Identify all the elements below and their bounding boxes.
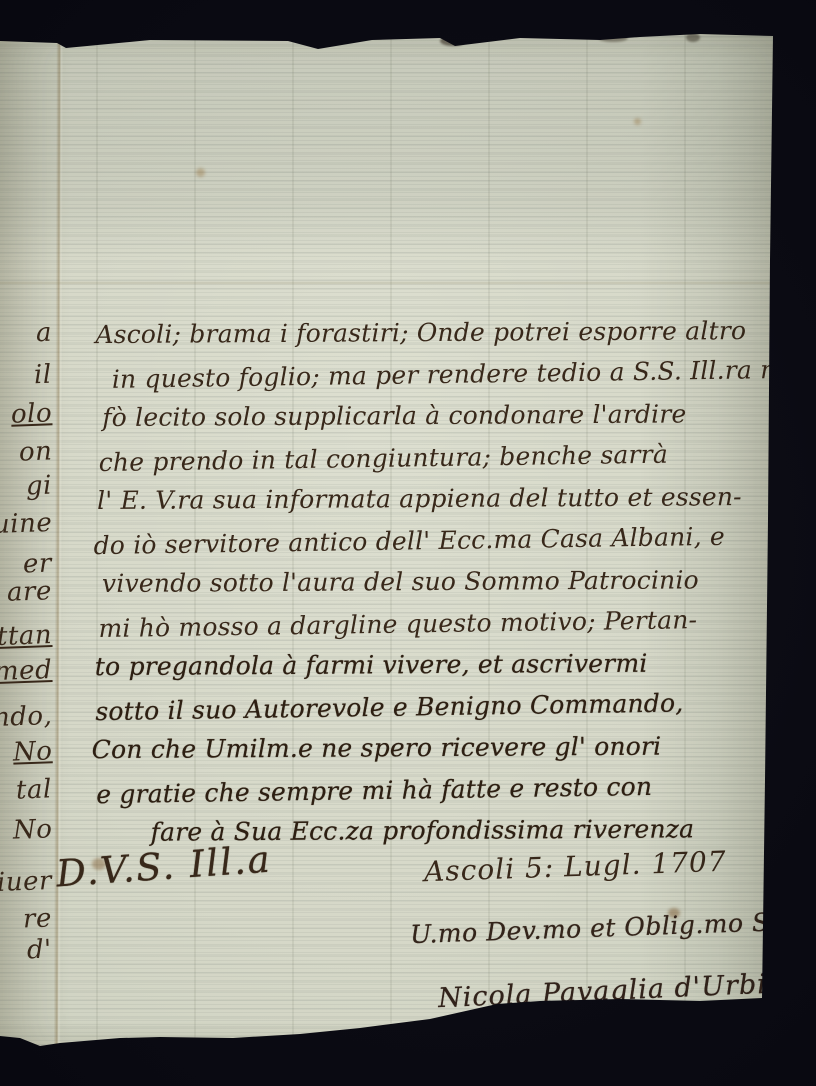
horizontal-fold-crease xyxy=(0,281,773,285)
letter-page: a il olo on gi uine er are ttan med ndo,… xyxy=(0,0,816,1086)
fragment-text: uine xyxy=(0,508,53,540)
letter-line: fare à Sua Ecc.za profondissima riverenz… xyxy=(150,808,790,853)
letter-line: vivendo sotto l'aura del suo Sommo Patro… xyxy=(102,559,788,605)
fragment-text: are xyxy=(7,576,53,608)
letter-line: che prendo in tal congiuntura; benche sa… xyxy=(98,431,787,483)
letter-line: Ascoli; brama i forastiri; Onde potrei e… xyxy=(95,310,785,356)
ink-smudge xyxy=(440,36,466,46)
closing-valediction: U.mo Dev.mo et Oblig.mo Se. Sud.o xyxy=(410,904,816,949)
fragment-text: on xyxy=(18,436,52,467)
letter-line: in questo foglio; ma per rendere tedio a… xyxy=(112,348,787,399)
letter-line: fò lecito solo supplicarla à condonare l… xyxy=(102,393,786,439)
fragment-text: olo xyxy=(10,398,52,429)
foxing-spot xyxy=(196,168,205,177)
fragment-text: re xyxy=(23,904,53,935)
fragment-text: med xyxy=(0,655,53,687)
closing-place-date: Ascoli 5: Lugl. 1707 xyxy=(424,845,728,889)
foxing-spot xyxy=(92,858,106,870)
letter-line: sotto il suo Autorevole e Benigno Comman… xyxy=(95,680,790,732)
letter-body: Ascoli; brama i forastiri; Onde potrei e… xyxy=(85,308,791,855)
vertical-fold-crease xyxy=(54,38,64,1046)
letter-line: Con che Umilm.e ne spero ricevere gl' on… xyxy=(92,725,790,771)
foxing-spot xyxy=(668,908,680,918)
letter-line: l' E. V.ra sua informata appiena del tut… xyxy=(97,476,787,522)
closing-addressee-abbreviation: D.V.S. Ill.a xyxy=(55,838,273,896)
fragment-text: il xyxy=(34,360,53,391)
letter-line: to pregandola à farmi vivere, et ascrive… xyxy=(95,642,789,688)
fragment-text: a xyxy=(35,318,52,349)
fragment-text: er xyxy=(23,549,53,580)
foxing-spot xyxy=(560,1015,570,1022)
fragment-text: gi xyxy=(26,471,53,502)
fragment-text: tal xyxy=(16,774,53,805)
letter-line: do iò servitore antico dell' Ecc.ma Casa… xyxy=(93,514,788,566)
fragment-text: ttan xyxy=(0,620,53,652)
letter-line: e gratie che sempre mi hà fatte e resto … xyxy=(96,763,791,815)
signature: Nicola Pavaglia d'Urbino. xyxy=(438,967,813,1014)
fragment-text: No xyxy=(12,736,52,767)
fragment-text: d' xyxy=(27,935,53,966)
letter-line: mi hò mosso a dargline questo motivo; Pe… xyxy=(98,597,789,649)
ink-smudge xyxy=(686,33,700,42)
foxing-spot xyxy=(634,118,641,125)
fragment-text: No xyxy=(12,814,52,845)
left-page-fragments: a il olo on gi uine er are ttan med ndo,… xyxy=(0,0,54,1000)
ink-smudge xyxy=(598,34,628,42)
photograph-background: a il olo on gi uine er are ttan med ndo,… xyxy=(0,0,816,1086)
fragment-text: iuer xyxy=(0,866,53,898)
fragment-text: ndo, xyxy=(0,701,53,733)
